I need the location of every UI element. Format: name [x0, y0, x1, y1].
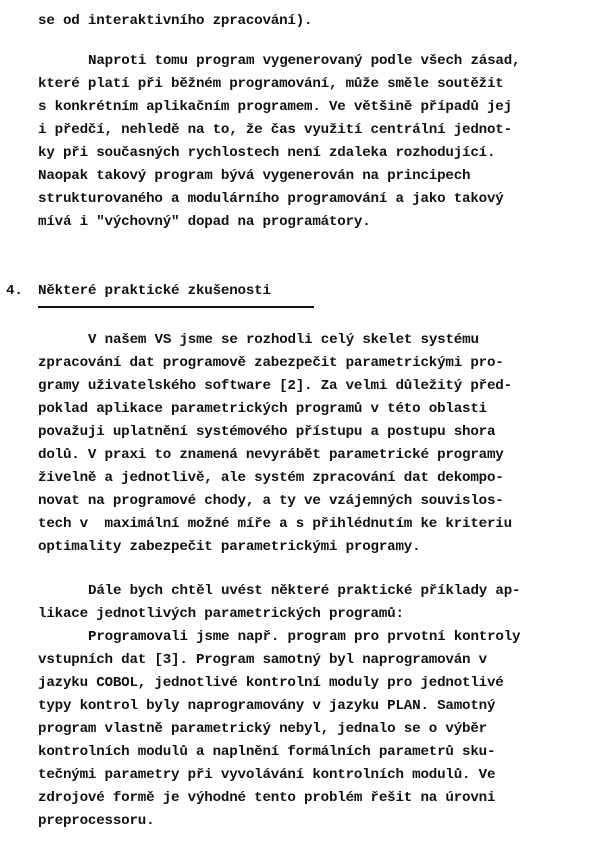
document-page: se od interaktivního zpracování). Naprot… — [0, 0, 611, 846]
text-line: kontrolních modulů a naplnění formálních… — [38, 742, 495, 762]
text-line: poklad aplikace parametrických programů … — [38, 399, 487, 419]
section-title: Některé praktické zkušenosti — [38, 283, 271, 299]
text-line: vstupních dat [3]. Program samotný byl n… — [38, 650, 487, 670]
text-line: V našem VS jsme se rozhodli celý skelet … — [88, 330, 479, 350]
text-line: tech v maximální možné míře a s přihlédn… — [38, 514, 512, 534]
text-line: zdrojové formě je výhodné tento problém … — [38, 788, 495, 808]
text-line: tečnými parametry při vyvolávání kontrol… — [38, 765, 495, 785]
text-line: novat na programové chody, a ty ve vzáje… — [38, 491, 504, 511]
text-line: mívá i "výchovný" dopad na programátory. — [38, 212, 371, 232]
text-line: program vlastně parametrický nebyl, jedn… — [38, 719, 487, 739]
text-line: s konkrétním aplikačním programem. Ve vě… — [38, 97, 512, 117]
text-line: jazyku COBOL, jednotlivé kontrolní modul… — [38, 673, 504, 693]
heading-underline — [38, 306, 314, 308]
text-line: preprocessoru. — [38, 811, 154, 831]
text-line: Naopak takový program bývá vygenerován n… — [38, 166, 470, 186]
text-line: ky při současných rychlostech není zdale… — [38, 143, 495, 163]
text-line: i předčí, nehledě na to, že čas využití … — [38, 120, 512, 140]
text-line: optimality zabezpečit parametrickými pro… — [38, 537, 420, 557]
text-line: Dále bych chtěl uvést některé praktické … — [88, 581, 520, 601]
text-line: považuji uplatnění systémového přístupu … — [38, 422, 495, 442]
text-line: živelně a jednotlivě, ale systém zpracov… — [38, 468, 504, 488]
section-number: 4. — [6, 281, 38, 301]
text-line: likace jednotlivých parametrických progr… — [38, 604, 404, 624]
text-line: zpracování dat programově zabezpečit par… — [38, 353, 504, 373]
text-line: strukturovaného a modulárního programová… — [38, 189, 504, 209]
text-line: Programovali jsme např. program pro prvo… — [88, 627, 520, 647]
text-line: které platí při běžném programování, můž… — [38, 74, 504, 94]
text-line: Naproti tomu program vygenerovaný podle … — [88, 51, 520, 71]
text-line: gramy uživatelského software [2]. Za vel… — [38, 376, 512, 396]
text-line: se od interaktivního zpracování). — [38, 11, 312, 31]
text-line: dolů. V praxi to znamená nevyrábět param… — [38, 445, 504, 465]
text-line: typy kontrol byly naprogramovány v jazyk… — [38, 696, 495, 716]
section-heading: 4.Některé praktické zkušenosti — [6, 281, 271, 301]
